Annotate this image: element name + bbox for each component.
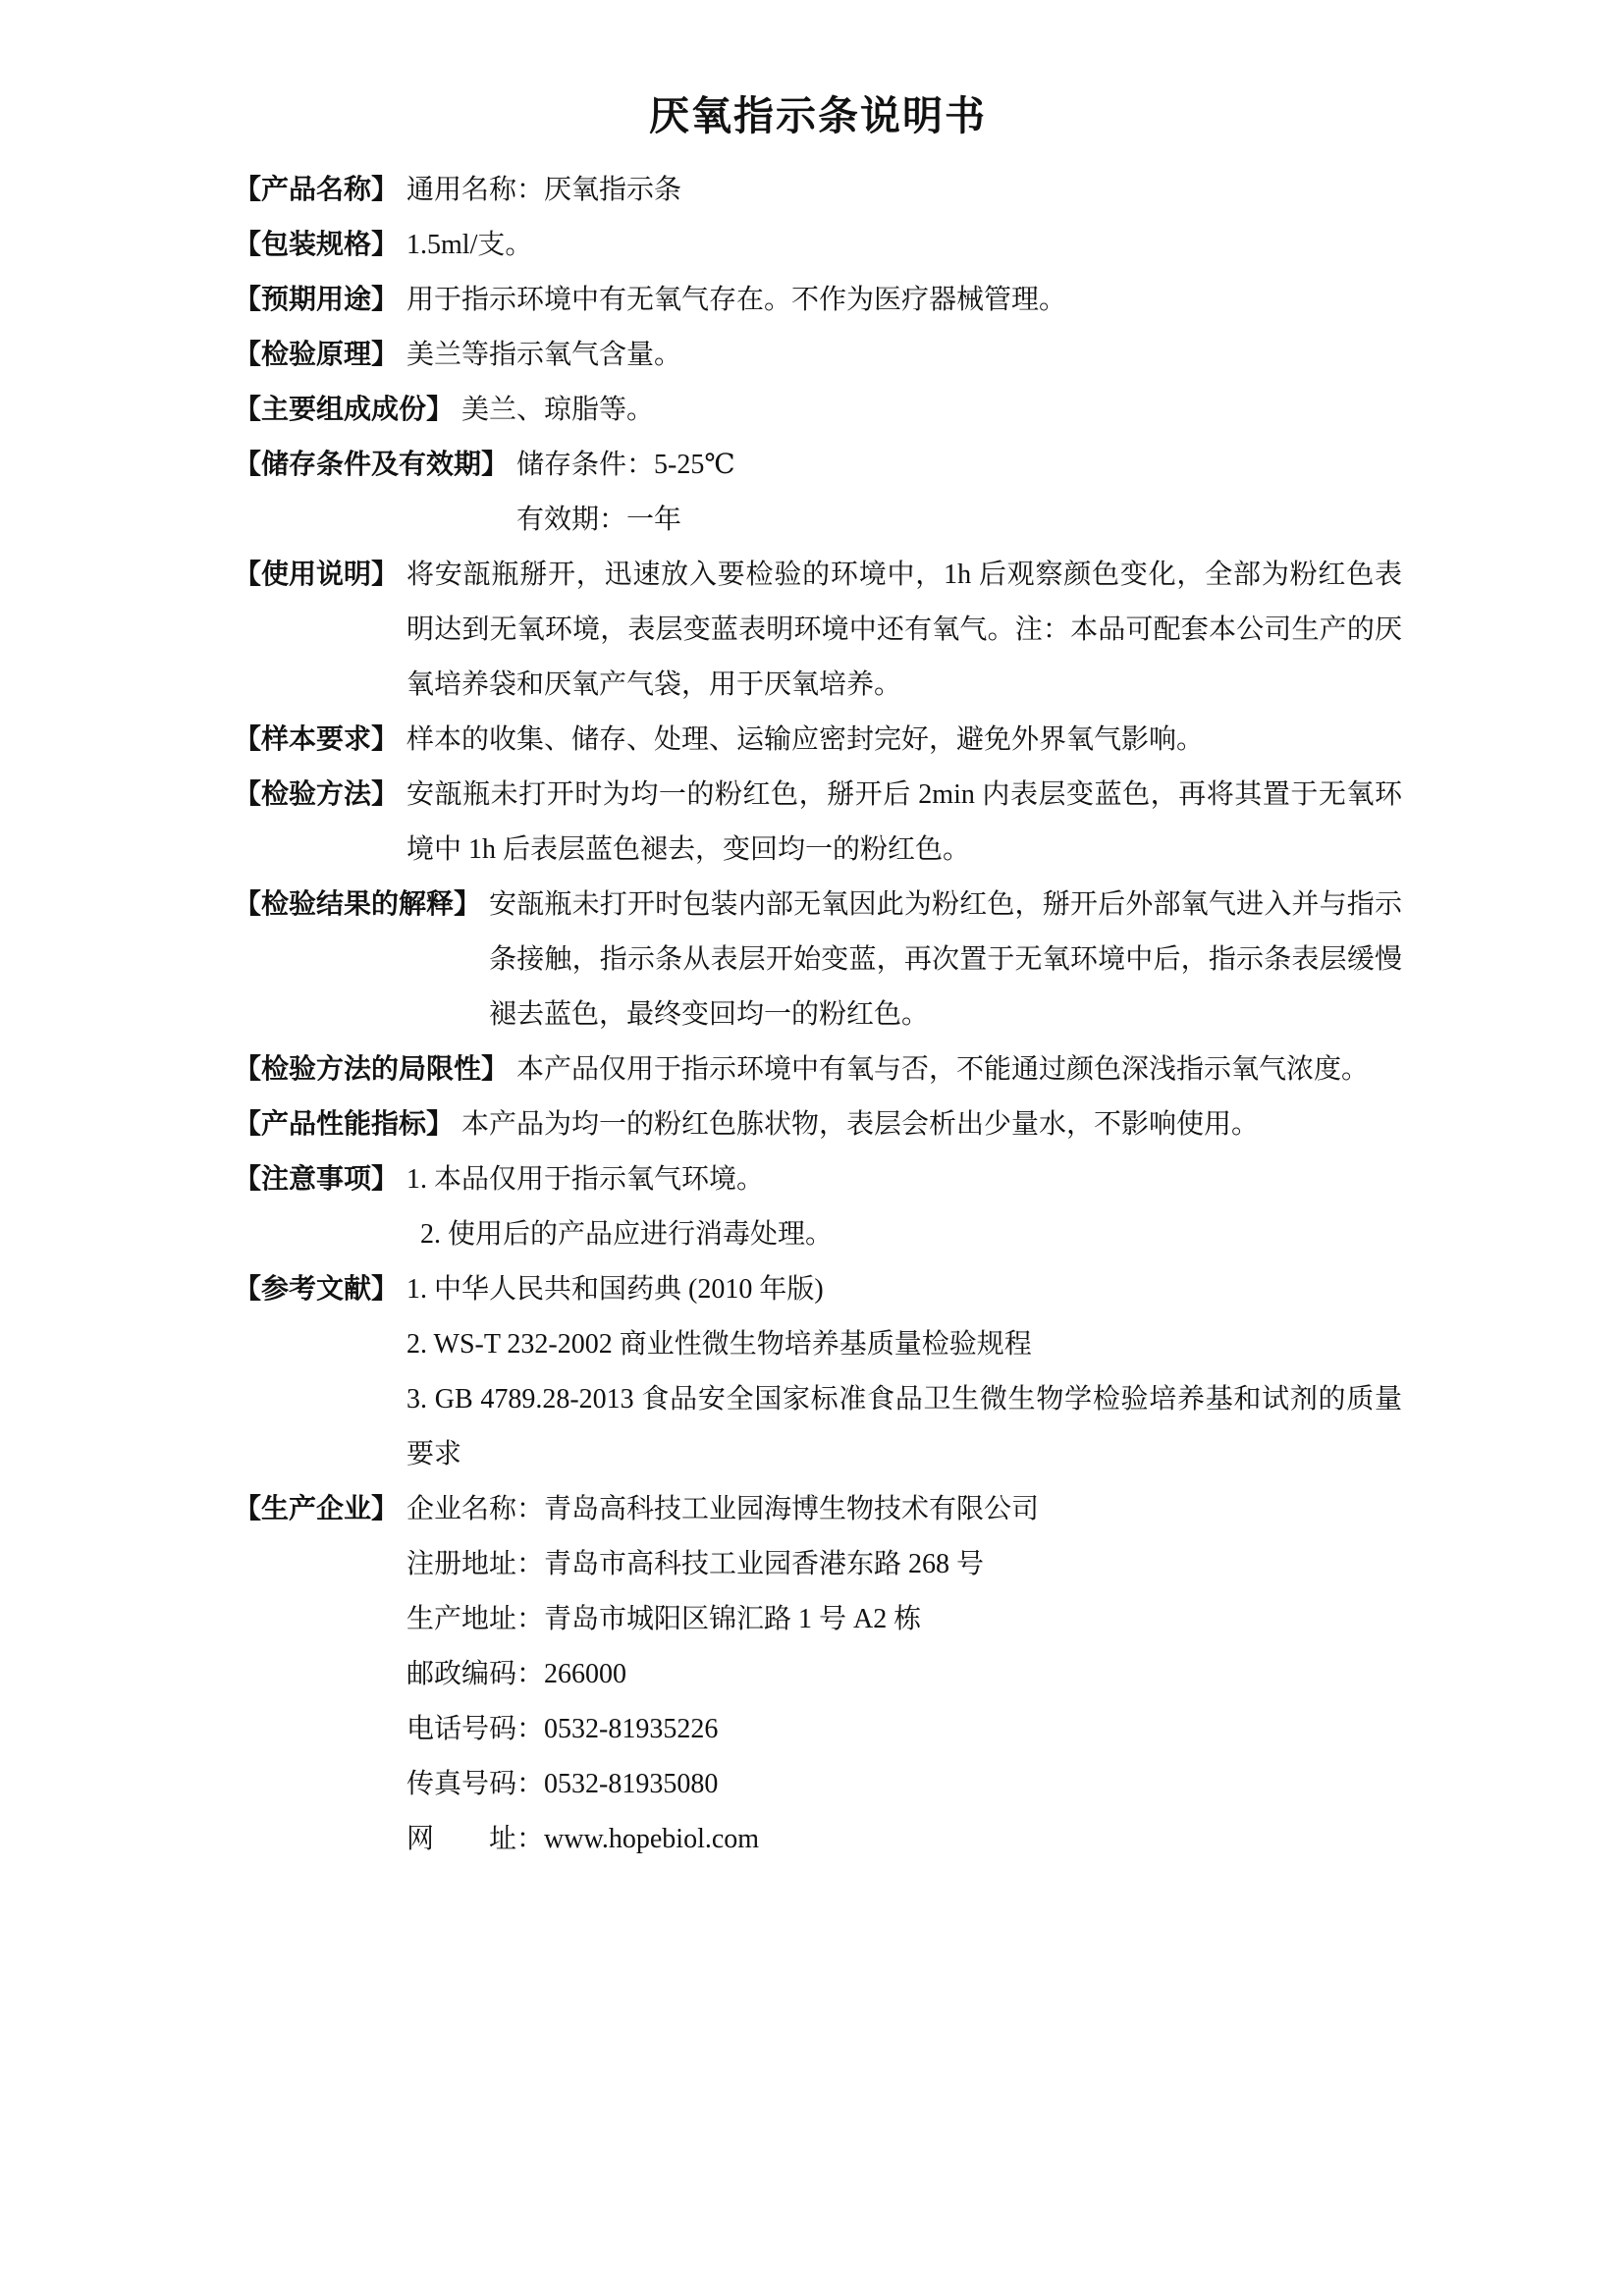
- section-label: 【主要组成成份】: [234, 383, 454, 438]
- field-value: 青岛市城阳区锦汇路 1 号 A2 栋: [544, 1604, 921, 1634]
- section-label: 【检验结果的解释】: [234, 878, 481, 933]
- section-content: 储存条件：5-25℃ 有效期：一年: [516, 438, 1402, 548]
- section-content: 安瓿瓶未打开时为均一的粉红色，掰开后 2min 内表层变蓝色，再将其置于无氧环境…: [406, 768, 1402, 878]
- section-label: 【使用说明】: [234, 548, 399, 603]
- reference-item: 1. 中华人民共和国药典 (2010 年版): [406, 1262, 1402, 1317]
- section-label: 【生产企业】: [234, 1482, 399, 1537]
- section-label: 【包装规格】: [234, 218, 399, 273]
- section-content: 样本的收集、储存、处理、运输应密封完好，避免外界氧气影响。: [406, 713, 1402, 768]
- reference-item: 3. GB 4789.28-2013 食品安全国家标准食品卫生微生物学检验培养基…: [406, 1372, 1402, 1482]
- manufacturer-field-registered-address: 注册地址：青岛市高科技工业园香港东路 268 号: [406, 1537, 1402, 1592]
- section-content: 通用名称：厌氧指示条: [406, 163, 1402, 218]
- section-label: 【产品名称】: [234, 163, 399, 218]
- manufacturer-field-fax: 传真号码：0532-81935080: [406, 1757, 1402, 1812]
- section-main-components: 【主要组成成份】 美兰、琼脂等。: [234, 383, 1402, 438]
- field-value: 青岛市高科技工业园香港东路 268 号: [544, 1549, 984, 1579]
- field-name: 生产地址：: [406, 1604, 544, 1634]
- section-manufacturer: 【生产企业】 企业名称：青岛高科技工业园海博生物技术有限公司 注册地址：青岛市高…: [234, 1482, 1402, 1867]
- field-name: 电话号码：: [406, 1714, 544, 1744]
- section-usage-instructions: 【使用说明】 将安瓿瓶掰开，迅速放入要检验的环境中，1h 后观察颜色变化，全部为…: [234, 548, 1402, 713]
- section-content: 将安瓿瓶掰开，迅速放入要检验的环境中，1h 后观察颜色变化，全部为粉红色表明达到…: [406, 548, 1402, 713]
- field-value: 青岛高科技工业园海博生物技术有限公司: [544, 1494, 1039, 1524]
- document-page: 厌氧指示条说明书 【产品名称】 通用名称：厌氧指示条 【包装规格】 1.5ml/…: [0, 0, 1624, 2296]
- section-packaging-spec: 【包装规格】 1.5ml/支。: [234, 218, 1402, 273]
- section-performance-index: 【产品性能指标】 本产品为均一的粉红色胨状物，表层会析出少量水，不影响使用。: [234, 1097, 1402, 1152]
- reference-item: 2. WS-T 232-2002 商业性微生物培养基质量检验规程: [406, 1317, 1402, 1372]
- section-content: 安瓿瓶未打开时包装内部无氧因此为粉红色，掰开后外部氧气进入并与指示条接触，指示条…: [489, 878, 1402, 1042]
- section-label: 【检验方法的局限性】: [234, 1042, 509, 1097]
- field-value: 266000: [544, 1659, 626, 1689]
- section-method-limitations: 【检验方法的局限性】 本产品仅用于指示环境中有氧与否，不能通过颜色深浅指示氧气浓…: [234, 1042, 1402, 1097]
- section-content: 用于指示环境中有无氧气存在。不作为医疗器械管理。: [406, 273, 1402, 328]
- manufacturer-field-phone: 电话号码：0532-81935226: [406, 1702, 1402, 1757]
- section-label: 【注意事项】: [234, 1152, 399, 1207]
- section-storage-validity: 【储存条件及有效期】 储存条件：5-25℃ 有效期：一年: [234, 438, 1402, 548]
- section-label: 【储存条件及有效期】: [234, 438, 509, 493]
- section-label: 【检验方法】: [234, 768, 399, 823]
- section-intended-use: 【预期用途】 用于指示环境中有无氧气存在。不作为医疗器械管理。: [234, 273, 1402, 328]
- section-label: 【产品性能指标】: [234, 1097, 454, 1152]
- section-precautions: 【注意事项】 1. 本品仅用于指示氧气环境。 2. 使用后的产品应进行消毒处理。: [234, 1152, 1402, 1262]
- manufacturer-field-production-address: 生产地址：青岛市城阳区锦汇路 1 号 A2 栋: [406, 1592, 1402, 1647]
- section-references: 【参考文献】 1. 中华人民共和国药典 (2010 年版) 2. WS-T 23…: [234, 1262, 1402, 1482]
- section-sample-requirements: 【样本要求】 样本的收集、储存、处理、运输应密封完好，避免外界氧气影响。: [234, 713, 1402, 768]
- field-name: 企业名称：: [406, 1494, 544, 1524]
- field-name: 网 址：: [406, 1824, 544, 1854]
- manufacturer-field-website: 网 址：www.hopebiol.com: [406, 1812, 1402, 1867]
- precaution-item: 2. 使用后的产品应进行消毒处理。: [420, 1207, 1402, 1262]
- section-content: 美兰、琼脂等。: [461, 383, 1402, 438]
- section-content: 企业名称：青岛高科技工业园海博生物技术有限公司 注册地址：青岛市高科技工业园香港…: [406, 1482, 1402, 1867]
- section-test-method: 【检验方法】 安瓿瓶未打开时为均一的粉红色，掰开后 2min 内表层变蓝色，再将…: [234, 768, 1402, 878]
- section-content: 1.5ml/支。: [406, 218, 1402, 273]
- section-label: 【预期用途】: [234, 273, 399, 328]
- field-name: 传真号码：: [406, 1769, 544, 1799]
- field-value: 0532-81935226: [544, 1714, 718, 1744]
- section-content: 本产品仅用于指示环境中有氧与否，不能通过颜色深浅指示氧气浓度。: [516, 1042, 1402, 1097]
- document-title: 厌氧指示条说明书: [234, 90, 1402, 141]
- section-test-principle: 【检验原理】 美兰等指示氧气含量。: [234, 328, 1402, 383]
- storage-conditions-line: 储存条件：5-25℃: [516, 438, 1402, 493]
- section-label: 【参考文献】: [234, 1262, 399, 1317]
- manufacturer-field-company: 企业名称：青岛高科技工业园海博生物技术有限公司: [406, 1482, 1402, 1537]
- manufacturer-field-postal-code: 邮政编码：266000: [406, 1647, 1402, 1702]
- section-label: 【样本要求】: [234, 713, 399, 768]
- field-name: 邮政编码：: [406, 1659, 544, 1689]
- section-content: 本产品为均一的粉红色胨状物，表层会析出少量水，不影响使用。: [461, 1097, 1402, 1152]
- precaution-item: 1. 本品仅用于指示氧气环境。: [406, 1152, 1402, 1207]
- field-value: 0532-81935080: [544, 1769, 718, 1799]
- section-content: 1. 中华人民共和国药典 (2010 年版) 2. WS-T 232-2002 …: [406, 1262, 1402, 1482]
- section-content: 美兰等指示氧气含量。: [406, 328, 1402, 383]
- section-product-name: 【产品名称】 通用名称：厌氧指示条: [234, 163, 1402, 218]
- field-name: 注册地址：: [406, 1549, 544, 1579]
- section-content: 1. 本品仅用于指示氧气环境。 2. 使用后的产品应进行消毒处理。: [406, 1152, 1402, 1262]
- section-result-interpretation: 【检验结果的解释】 安瓿瓶未打开时包装内部无氧因此为粉红色，掰开后外部氧气进入并…: [234, 878, 1402, 1042]
- validity-period-line: 有效期：一年: [516, 493, 1402, 548]
- section-label: 【检验原理】: [234, 328, 399, 383]
- field-value: www.hopebiol.com: [544, 1824, 759, 1854]
